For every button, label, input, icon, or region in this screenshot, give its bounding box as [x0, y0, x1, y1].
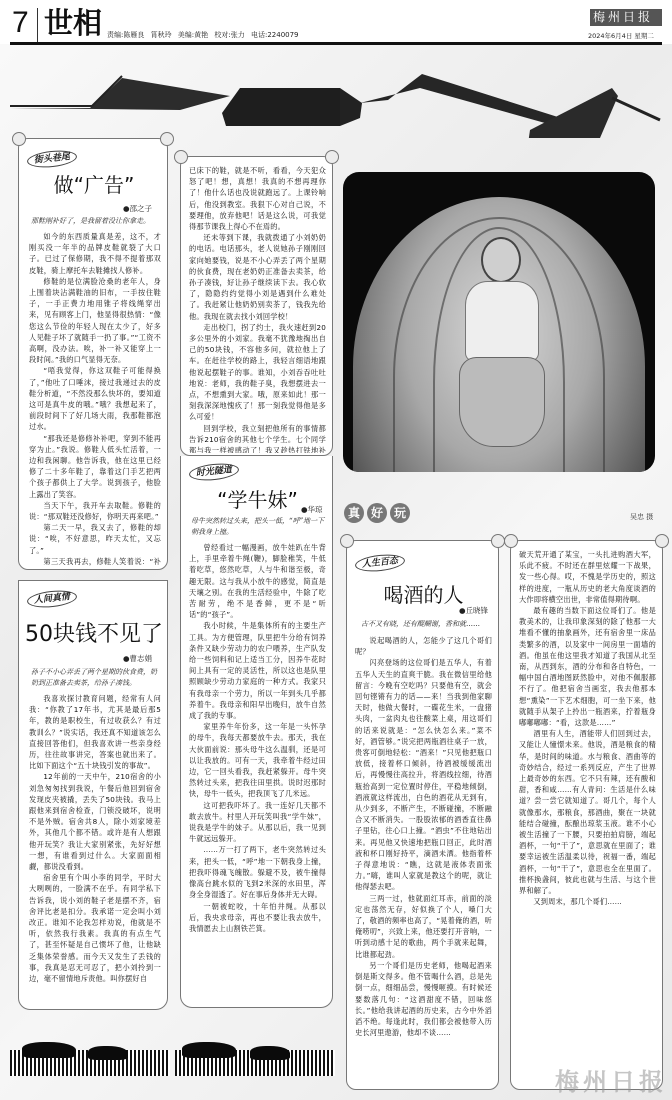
paragraph: 回到学校，我立刻把他所有的事情都告诉210宿舍的其他七个学生。七个同学都与我一样…	[189, 423, 326, 453]
paragraph: “唔我觉得，你这双鞋子可能得换了，”他吐了口唾沫，接过我递过去的皮鞋分析道，“不…	[29, 365, 161, 432]
paragraph: 走出校门，拐了约士，我火速赶到20多公里外的小刘家。我毫不犹豫地掏出自己的50块…	[189, 322, 326, 423]
paragraph: 说起喝酒的人，怎能少了这几个哥们呢？	[355, 635, 492, 657]
bull-silhouette	[88, 1046, 128, 1060]
paragraph: 一朝被蛇咬，十年怕井绳。从那以后，我央求母亲，再也不要让我去放牛，我情愿去上山割…	[189, 901, 326, 935]
paragraph: 当天下午，我开车去取鞋。修鞋的说：“那双鞋还没修好，你明天再来吧。”	[29, 500, 161, 522]
paragraph: 我小时候，牛是集体所有的主要生产工具。为方便管理，队里把牛分给有饲养条件又缺少劳…	[189, 620, 326, 721]
paragraph: 最有趣的当数下面这位哥们了。他是教美术的，让我印象深刻的除了他那一大堆看不懂的抽…	[519, 605, 656, 728]
section-title: 世相	[44, 6, 102, 40]
article-box-drinkers: 人生百态 喝酒的人 ●丘晓锋 古不又有晓，还有醍醐谢，香和就…… 说起喝酒的人，…	[346, 540, 499, 1090]
girl-body	[465, 281, 539, 361]
watermark-logo: 梅州日报	[555, 1062, 667, 1097]
header-divider	[37, 8, 38, 42]
article-body: 如今的东西质量真是差，这不，才刚买没一年半的品牌皮鞋就裂了大口子。已过了保修期，…	[29, 231, 161, 567]
photo-caption-label: 真 好 玩	[344, 503, 410, 523]
page-header: 7 世相 责编:陈雁良 筲秋玲 美编:黄艳 校对:张力 电话:2240079 梅…	[0, 0, 672, 44]
paragraph: 又到周末，那几个哥们……	[519, 896, 656, 907]
article-author: ●曹志娟	[123, 653, 152, 664]
paragraph: 这可把我吓坏了。我一连好几天都不敢去放牛。村里人开玩笑叫我“学牛妹”，说我是学牛…	[189, 800, 326, 845]
caption-char: 玩	[390, 503, 410, 523]
issue-date: 2024年6月4日 星期二	[588, 31, 654, 40]
bull-silhouette	[22, 1042, 76, 1058]
paragraph: 我喜欢探讨教育问题，经常有人问我：“你教了17年书，尤其是最后那5年，教的是职校…	[29, 693, 161, 771]
article-box-drinkers-continued: 破天荒开通了某宝，一头扎进购酒大军，乐此不疲。不时还在群里炫耀一下战果，发一些心…	[510, 540, 663, 1090]
paragraph: 另一个哥们是历史老师，他喝起酒来倒是斯文得多。他不管喝什么酒，总是先倒一点，细细…	[355, 960, 492, 1038]
caption-char: 真	[344, 503, 364, 523]
paragraph: 修鞋的是位满脸沧桑的老年人，身上围着块沾满鞋油的旧布，一手按住鞋子，一手正费力地…	[29, 276, 161, 366]
column-tag: 人间真情	[26, 588, 77, 609]
article-body: 我喜欢探讨教育问题，经常有人问我：“你教了17年书，尤其是最后那5年，教的是职校…	[29, 693, 161, 1005]
column-tag: 街头巷尾	[26, 148, 77, 169]
paragraph: 第二天一早，我又去了，修鞋的却说：“唉，不好意思，昨天太忙，又忘了。”	[29, 522, 161, 556]
paragraph: 已床下的鞋，就是不听，看看，今天犯众怒了吧！想，真想！我真的不想再理你了！他什么…	[189, 165, 326, 232]
paragraph: 闪亮登场的这位哥们是五华人，有着五华人天生的直爽干脆。我在微信里给他留言：今晚有…	[355, 657, 492, 892]
article-lead: 那鞋刚补好了，是我留着没让你拿走。	[31, 216, 161, 227]
article-author: ●华琼	[301, 504, 323, 515]
paragraph: 如今的东西质量真是差，这不，才刚买没一年半的品牌皮鞋就裂了大口子。已过了保修期，…	[29, 231, 161, 276]
paragraph: 还未等到下课，我就拨通了小刘奶奶的电话。电话那头，老人说她孙子刚刚回家向她要钱，…	[189, 232, 326, 322]
article-body: 已床下的鞋，就是不听，看看，今天犯众怒了吧！想，真想！我真的不想再理你了！他什么…	[189, 165, 326, 453]
article-title: 喝酒的人	[347, 579, 500, 608]
article-title: 50块钱不见了	[19, 617, 169, 648]
photo-credit: 吴忠 摄	[630, 512, 653, 522]
header-rule	[10, 42, 662, 45]
slide-tube	[353, 197, 645, 472]
article-author: ●丘晓锋	[459, 605, 488, 616]
article-box-cow-girl: 时光隧道 “学牛妹” ●华琼 母牛突然转过头来，把头一低，“呼”地一下朝我身上撞…	[180, 456, 333, 1008]
paragraph: 12年前的一天中午，210宿舍的小刘急匆匆找到我说，午餐后他回到宿舍发现皮夹被撬…	[29, 771, 161, 872]
editor-credits: 责编:陈雁良 筲秋玲 美编:黄艳 校对:张力 电话:2240079	[107, 30, 299, 40]
newspaper-page: 7 世相 责编:陈雁良 筲秋玲 美编:黄艳 校对:张力 电话:2240079 梅…	[0, 0, 672, 1100]
article-body: 说起喝酒的人，怎能少了这几个哥们呢？ 闪亮登场的这位哥们是五华人，有着五华人天生…	[355, 635, 492, 1085]
column-tag: 时光隧道	[188, 461, 239, 482]
bull-silhouette	[250, 1046, 290, 1060]
paragraph: 酒里有人生，酒能带人们回到过去，又能让人憧憬未来。他说，酒是粮食的精华，是时间的…	[519, 728, 656, 896]
page-number: 7	[12, 6, 29, 40]
article-body: 破天荒开通了某宝，一头扎进购酒大军，乐此不疲。不时还在群里炫耀一下战果，发一些心…	[519, 549, 656, 1085]
paragraph: 三两一过，他就面红耳赤，前面的淡定也荡然无存，好似换了个人，嗓门大了，敬酒的频率…	[355, 893, 492, 960]
article-box-fifty-yuan: 人间真情 50块钱不见了 ●曹志娟 孙子不小心弄丢了两个星期的伙食费，奶奶到正准…	[18, 580, 168, 1010]
paragraph: 第三天我再去，修鞋人笑着说：“补好了，你看看。”那鞋补得很结实，针脚细密。我问多…	[29, 556, 161, 567]
paragraph: ……万一打了两下，老牛突然转过头来，把头一低，“呼”地一下朝我身上撞，把我吓得魂…	[189, 844, 326, 900]
girl-head	[481, 237, 521, 283]
article-author: ●邵之子	[123, 203, 152, 214]
paragraph: 曾经看过一幅漫画，放牛娃趴在牛背上，手里牵着牛绳(鞭)，脚脸稚笑，牛低着吃草，悠…	[189, 542, 326, 620]
article-lead: 孙子不小心弄丢了两个星期的伙食费，奶奶到正准备去卖茶，给孙子凑钱。	[31, 667, 161, 689]
caption-char: 好	[367, 503, 387, 523]
article-lead: 母牛突然转过头来，把头一低，“呼”地一下朝我身上撞。	[191, 516, 327, 538]
photo-girl-in-slide	[343, 172, 655, 472]
newspaper-logo: 梅州日报	[590, 9, 662, 26]
bull-silhouette	[182, 1042, 236, 1058]
roof-decoration-illustration	[0, 48, 672, 138]
article-lead: 古不又有晓，还有醍醐谢，香和就……	[361, 619, 491, 630]
paragraph: 宿舍里有个叫小李的同学，平时大大咧咧的，一脸满不在乎。有同学私下告诉我，说小刘的…	[29, 872, 161, 984]
column-tag: 人生百态	[354, 552, 405, 573]
article-body: 曾经看过一幅漫画，放牛娃趴在牛背上，手里牵着牛绳(鞭)，脚脸稚笑，牛低着吃草，悠…	[189, 542, 326, 1002]
article-box-advert: 街头巷尾 做“广告” ●邵之子 那鞋刚补好了，是我留着没让你拿走。 如今的东西质…	[18, 138, 168, 570]
article-box-fifty-yuan-continued: 已床下的鞋，就是不听，看看，今天犯众怒了吧！想，真想！我真的不想再理你了！他什么…	[180, 156, 333, 456]
paragraph: “那我还是修修补补吧，穿到不能再穿为止。”我说。修鞋人低头忙活着，一边和我闲聊。…	[29, 433, 161, 500]
girl-legs	[459, 357, 545, 447]
paragraph: 破天荒开通了某宝，一头扎进购酒大军，乐此不疲。不时还在群里炫耀一下战果，发一些心…	[519, 549, 656, 605]
paragraph: 家里养牛年份多，这一年是一头怀孕的母牛，我每天都要放牛去。那天，我在大伙面前说：…	[189, 721, 326, 799]
article-title: 做“广告”	[19, 169, 169, 198]
